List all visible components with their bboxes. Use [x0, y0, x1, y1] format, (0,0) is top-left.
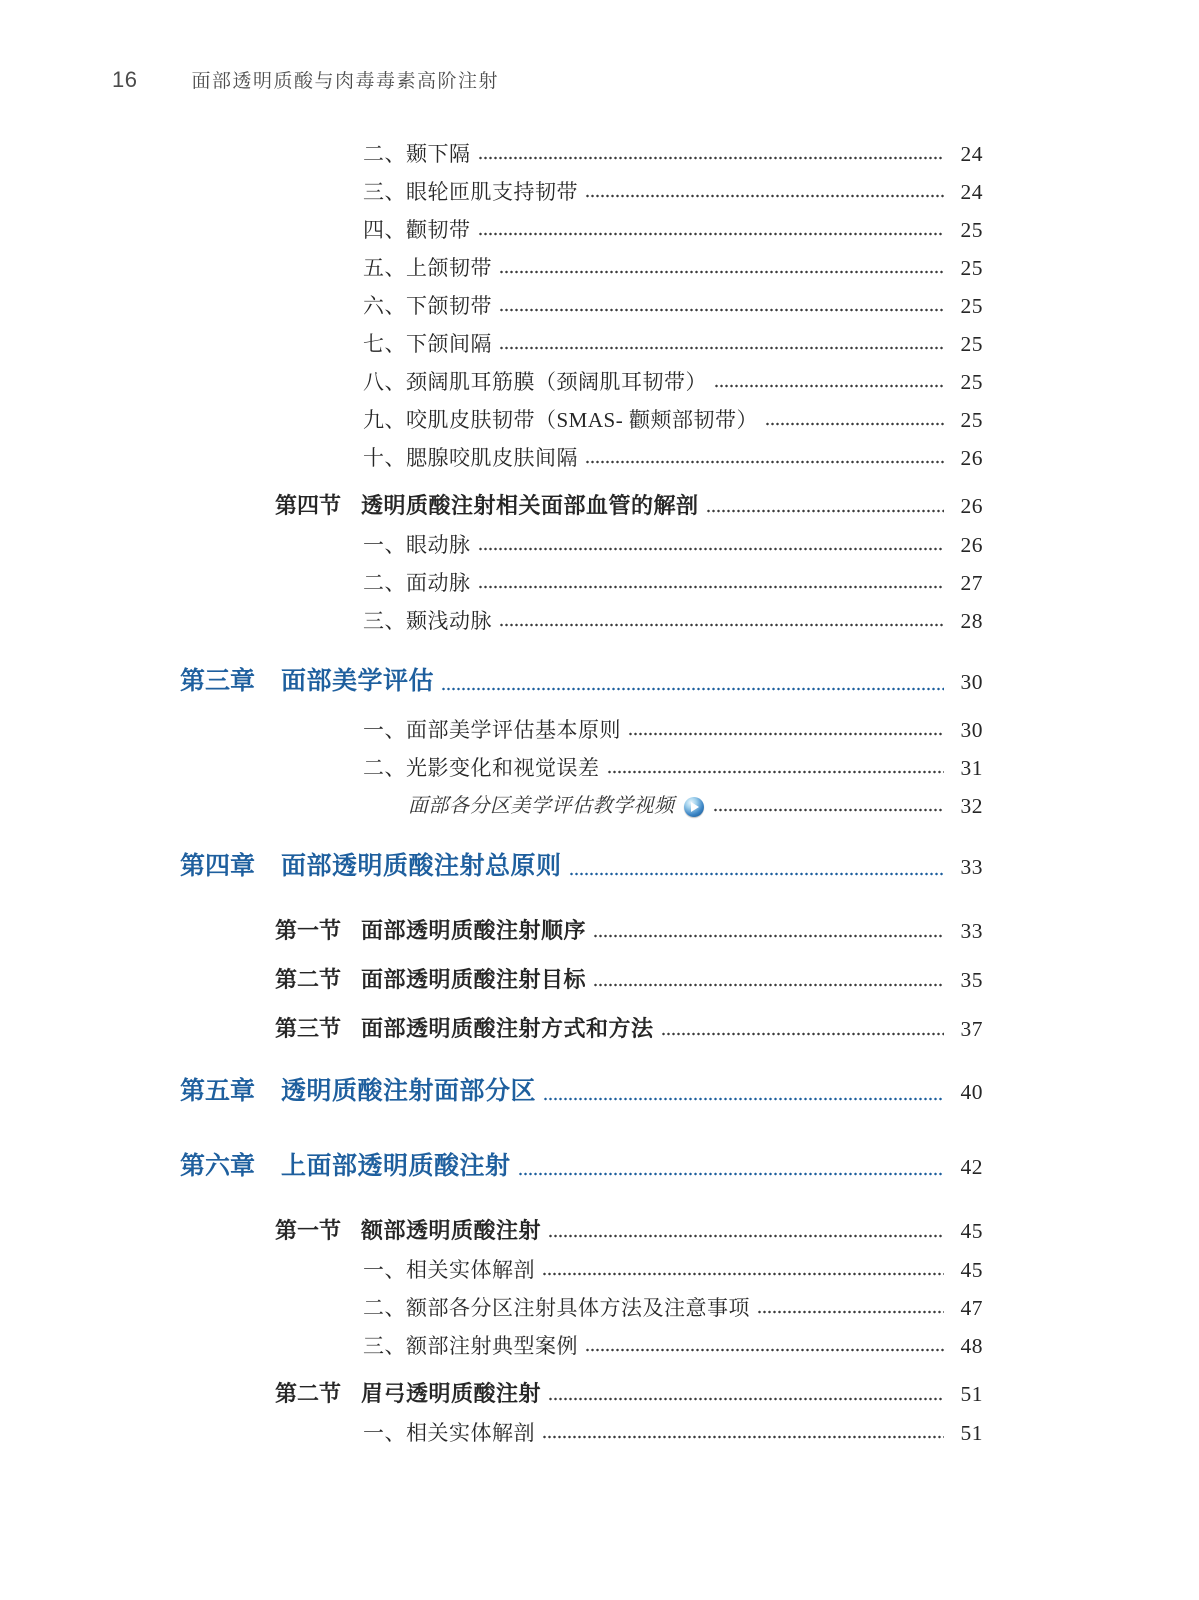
dot-leader — [542, 1271, 944, 1277]
toc-entry-title: 面部各分区美学评估教学视频 — [408, 795, 675, 818]
toc-entry-title: 一、面部美学评估基本原则 — [363, 719, 621, 742]
toc-row: 二、额部各分区注射具体方法及注意事项 47 — [180, 1297, 983, 1320]
toc-row: 十、腮腺咬肌皮肤间隔 26 — [180, 447, 983, 470]
toc-row: 三、眼轮匝肌支持韧带 24 — [180, 181, 983, 204]
toc-entry-title: 四、颧韧带 — [363, 219, 471, 242]
toc-row: 第四章 面部透明质酸注射总原则 33 — [180, 852, 983, 882]
toc-entry-title: 三、额部注射典型案例 — [363, 1335, 578, 1358]
dot-leader — [706, 508, 944, 514]
dot-leader — [542, 1434, 944, 1440]
dot-leader — [478, 155, 945, 161]
toc-row: 三、颞浅动脉 28 — [180, 610, 983, 633]
toc-row: 第二节 眉弓透明质酸注射 51 — [180, 1381, 983, 1407]
toc-entry-number: 第二节 — [275, 1381, 341, 1407]
toc-page-number: 25 — [947, 333, 983, 356]
dot-leader — [548, 1396, 944, 1402]
dot-leader — [585, 193, 944, 199]
toc-page-number: 33 — [947, 918, 983, 944]
toc-page-number: 26 — [947, 534, 983, 557]
toc-entry-number: 第一节 — [275, 1218, 341, 1244]
toc-row: 第五章 透明质酸注射面部分区 40 — [180, 1077, 983, 1107]
toc-row: 第六章 上面部透明质酸注射 42 — [180, 1152, 983, 1182]
toc-page-number: 26 — [947, 493, 983, 519]
toc-page-number: 51 — [947, 1381, 983, 1407]
toc-row: 第一节 额部透明质酸注射 45 — [180, 1218, 983, 1244]
toc-entry-title: 五、上颌韧带 — [363, 257, 492, 280]
toc-row: 一、面部美学评估基本原则 30 — [180, 719, 983, 742]
toc-entry-title: 面部透明质酸注射目标 — [361, 967, 586, 993]
dot-leader — [499, 269, 944, 275]
toc-row: 第一节 面部透明质酸注射顺序 33 — [180, 918, 983, 944]
toc-entry-number: 第一节 — [275, 918, 341, 944]
dot-leader — [499, 345, 944, 351]
dot-leader — [478, 231, 945, 237]
toc-row: 第二节 面部透明质酸注射目标 35 — [180, 967, 983, 993]
toc-entry-title: 二、额部各分区注射具体方法及注意事项 — [363, 1297, 750, 1320]
toc-entry-title: 面部美学评估 — [281, 667, 434, 697]
toc-entry-title: 透明质酸注射面部分区 — [281, 1077, 536, 1107]
toc-page-number: 31 — [947, 757, 983, 780]
toc-entry-title: 一、眼动脉 — [363, 534, 471, 557]
toc-entry-number: 第五章 — [180, 1077, 255, 1107]
toc-row: 七、下颌间隔 25 — [180, 333, 983, 356]
book-page: 16 面部透明质酸与肉毒毒素高阶注射 二、颞下隔 24 三、眼轮匝肌支持韧带 2… — [0, 0, 1199, 1600]
dot-leader — [543, 1096, 944, 1102]
toc-row: 第三章 面部美学评估 30 — [180, 667, 983, 697]
toc-entry-number: 第四章 — [180, 852, 255, 882]
folio-page-number: 16 — [112, 67, 137, 93]
toc-entry-title: 三、眼轮匝肌支持韧带 — [363, 181, 578, 204]
dot-leader — [548, 1233, 944, 1239]
toc-page-number: 45 — [947, 1218, 983, 1244]
toc-entry-number: 第三章 — [180, 667, 255, 697]
toc-page-number: 24 — [947, 143, 983, 166]
toc-page-number: 26 — [947, 447, 983, 470]
toc-entry-number: 第四节 — [275, 493, 341, 519]
dot-leader — [765, 421, 944, 427]
toc-page-number: 27 — [947, 572, 983, 595]
toc-page-number: 25 — [947, 257, 983, 280]
toc-page-number: 30 — [947, 719, 983, 742]
dot-leader — [661, 1031, 944, 1037]
toc-entry-title: 六、下颌韧带 — [363, 295, 492, 318]
dot-leader — [585, 459, 944, 465]
toc-entry-title: 八、颈阔肌耳筋膜（颈阔肌耳韧带） — [363, 371, 707, 394]
toc-row: 九、咬肌皮肤韧带（SMAS- 颧颊部韧带） 25 — [180, 409, 983, 432]
toc-page-number: 40 — [947, 1077, 983, 1107]
dot-leader — [478, 584, 945, 590]
toc-entry-title: 眉弓透明质酸注射 — [361, 1381, 541, 1407]
dot-leader — [478, 546, 945, 552]
dot-leader — [593, 982, 944, 988]
dot-leader — [757, 1309, 944, 1315]
toc-entry-title: 二、面动脉 — [363, 572, 471, 595]
toc-page-number: 25 — [947, 295, 983, 318]
toc-entry-title: 二、颞下隔 — [363, 143, 471, 166]
toc-row: 第四节 透明质酸注射相关面部血管的解剖 26 — [180, 493, 983, 519]
dot-leader — [607, 769, 945, 775]
toc-row: 面部各分区美学评估教学视频 32 — [180, 795, 983, 818]
running-head-book-title: 面部透明质酸与肉毒毒素高阶注射 — [191, 66, 499, 93]
toc-row: 二、颞下隔 24 — [180, 143, 983, 166]
toc-page-number: 51 — [947, 1422, 983, 1445]
toc-page-number: 35 — [947, 967, 983, 993]
toc-page-number: 24 — [947, 181, 983, 204]
toc-entry-title: 一、相关实体解剖 — [363, 1422, 535, 1445]
dot-leader — [499, 307, 944, 313]
toc-page-number: 30 — [947, 667, 983, 697]
toc-page-number: 25 — [947, 409, 983, 432]
toc-row: 一、眼动脉 26 — [180, 534, 983, 557]
toc-row: 三、额部注射典型案例 48 — [180, 1335, 983, 1358]
toc-entry-title: 三、颞浅动脉 — [363, 610, 492, 633]
dot-leader — [714, 383, 944, 389]
toc-entry-title: 十、腮腺咬肌皮肤间隔 — [363, 447, 578, 470]
dot-leader — [593, 933, 944, 939]
toc-row: 二、面动脉 27 — [180, 572, 983, 595]
toc-entry-title: 七、下颌间隔 — [363, 333, 492, 356]
toc-entry-number: 第六章 — [180, 1152, 255, 1182]
dot-leader — [628, 731, 944, 737]
dot-leader — [713, 807, 945, 813]
toc-page-number: 45 — [947, 1259, 983, 1282]
dot-leader — [441, 686, 944, 692]
toc-page-number: 28 — [947, 610, 983, 633]
toc-entry-title: 额部透明质酸注射 — [361, 1218, 541, 1244]
toc-page-number: 25 — [947, 371, 983, 394]
toc-row: 六、下颌韧带 25 — [180, 295, 983, 318]
toc-entry-title: 面部透明质酸注射顺序 — [361, 918, 586, 944]
toc-page-number: 32 — [947, 795, 983, 818]
table-of-contents: 二、颞下隔 24 三、眼轮匝肌支持韧带 24 四、颧韧带 25 五、上颌韧带 2… — [180, 143, 983, 1445]
dot-leader — [569, 871, 944, 877]
toc-page-number: 25 — [947, 219, 983, 242]
video-play-icon — [684, 797, 704, 817]
running-head: 16 面部透明质酸与肉毒毒素高阶注射 — [0, 0, 1199, 93]
toc-page-number: 47 — [947, 1297, 983, 1320]
toc-row: 二、光影变化和视觉误差 31 — [180, 757, 983, 780]
toc-row: 第三节 面部透明质酸注射方式和方法 37 — [180, 1016, 983, 1042]
toc-entry-title: 一、相关实体解剖 — [363, 1259, 535, 1282]
toc-page-number: 33 — [947, 852, 983, 882]
dot-leader — [499, 622, 944, 628]
toc-page-number: 42 — [947, 1152, 983, 1182]
toc-entry-title: 面部透明质酸注射总原则 — [281, 852, 562, 882]
toc-row: 八、颈阔肌耳筋膜（颈阔肌耳韧带） 25 — [180, 371, 983, 394]
toc-row: 四、颧韧带 25 — [180, 219, 983, 242]
toc-entry-title: 透明质酸注射相关面部血管的解剖 — [361, 493, 699, 519]
toc-page-number: 48 — [947, 1335, 983, 1358]
toc-page-number: 37 — [947, 1016, 983, 1042]
toc-row: 一、相关实体解剖 51 — [180, 1422, 983, 1445]
toc-row: 五、上颌韧带 25 — [180, 257, 983, 280]
dot-leader — [518, 1171, 944, 1177]
toc-entry-title: 二、光影变化和视觉误差 — [363, 757, 600, 780]
toc-entry-title: 面部透明质酸注射方式和方法 — [361, 1016, 654, 1042]
toc-entry-title: 九、咬肌皮肤韧带（SMAS- 颧颊部韧带） — [363, 409, 758, 432]
toc-entry-number: 第二节 — [275, 967, 341, 993]
toc-entry-title: 上面部透明质酸注射 — [281, 1152, 511, 1182]
toc-row: 一、相关实体解剖 45 — [180, 1259, 983, 1282]
dot-leader — [585, 1347, 944, 1353]
toc-entry-number: 第三节 — [275, 1016, 341, 1042]
